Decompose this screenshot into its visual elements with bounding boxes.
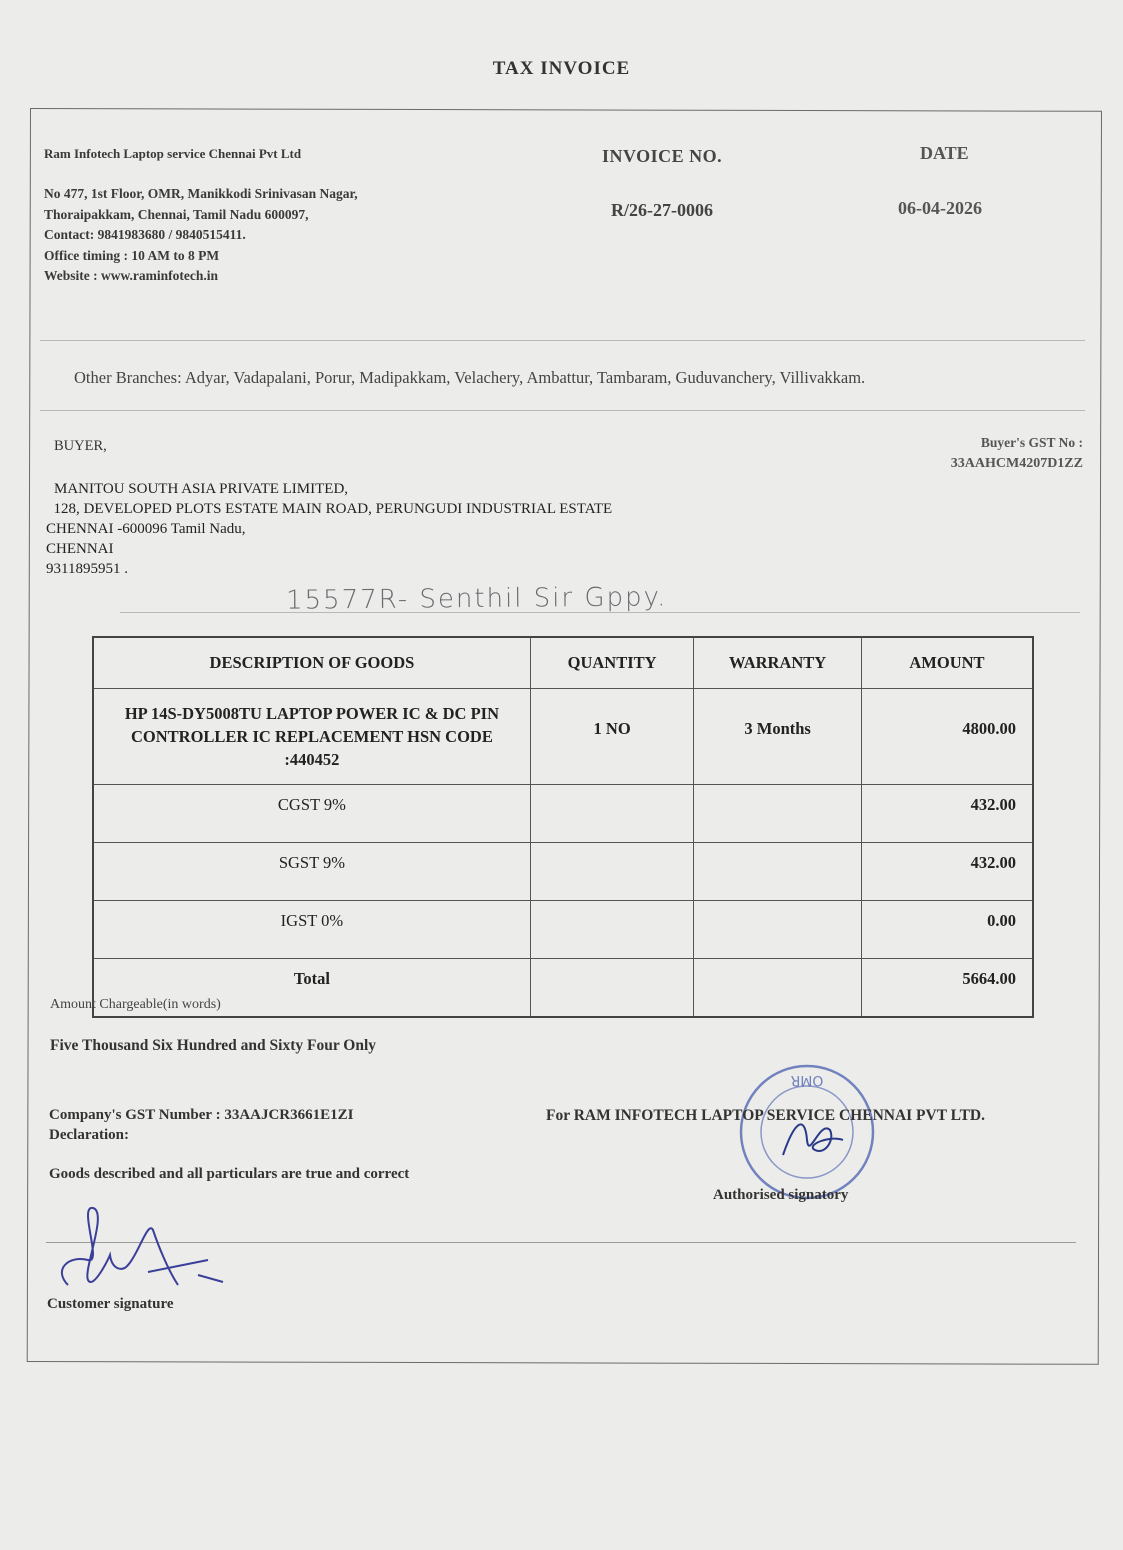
declaration-label: Declaration: [49,1127,129,1144]
for-company-label: For RAM INFOTECH LAPTOP SERVICE CHENNAI … [546,1107,985,1125]
empty-cell [694,785,862,843]
empty-cell [530,785,693,843]
buyer-gst-label: Buyer's GST No : [981,435,1083,451]
empty-cell [694,901,862,959]
buyer-label: BUYER, [54,438,107,455]
table-row: IGST 0% 0.00 [93,901,1033,959]
empty-cell [530,901,693,959]
svg-text:OMR: OMR [790,1072,823,1088]
seller-name: Ram Infotech Laptop service Chennai Pvt … [44,146,301,162]
divider [120,612,1080,613]
authorised-signatory-label: Authorised signatory [713,1187,848,1204]
buyer-address-line: 128, DEVELOPED PLOTS ESTATE MAIN ROAD, P… [46,499,612,519]
divider [40,410,1085,411]
total-amount: 5664.00 [861,959,1033,1018]
declaration-text: Goods described and all particulars are … [49,1166,409,1183]
item-amount: 4800.00 [861,689,1033,785]
empty-cell [530,843,693,901]
goods-table: DESCRIPTION OF GOODS QUANTITY WARRANTY A… [92,636,1034,1018]
other-branches: Other Branches: Adyar, Vadapalani, Porur… [74,368,865,388]
amount-in-words: Five Thousand Six Hundred and Sixty Four… [50,1037,376,1055]
empty-cell [694,843,862,901]
divider [40,340,1085,341]
tax-label-igst: IGST 0% [93,901,530,959]
seller-website: Website : www.raminfotech.in [44,266,358,287]
invoice-date-label: DATE [920,143,969,164]
table-row: SGST 9% 432.00 [93,843,1033,901]
empty-cell [694,959,862,1018]
invoice-date: 06-04-2026 [898,198,982,219]
seller-address-line: Thoraipakkam, Chennai, Tamil Nadu 600097… [44,205,358,226]
buyer-city: CHENNAI [46,539,612,559]
header-quantity: QUANTITY [530,637,693,689]
buyer-phone: 9311895951 . [46,559,612,579]
amount-words-label: Amount Chargeable(in words) [50,997,221,1013]
table-header-row: DESCRIPTION OF GOODS QUANTITY WARRANTY A… [93,637,1033,689]
tax-amount-sgst: 432.00 [861,843,1033,901]
item-quantity: 1 NO [530,689,693,785]
invoice-number: R/26-27-0006 [611,200,713,221]
seller-office-timing: Office timing : 10 AM to 8 PM [44,246,358,267]
customer-signature-label: Customer signature [47,1296,174,1313]
tax-amount-cgst: 432.00 [861,785,1033,843]
buyer-address: MANITOU SOUTH ASIA PRIVATE LIMITED, 128,… [46,479,612,579]
tax-label-cgst: CGST 9% [93,785,530,843]
table-row: CGST 9% 432.00 [93,785,1033,843]
item-description: HP 14S-DY5008TU LAPTOP POWER IC & DC PIN… [93,689,530,785]
table-total-row: Total 5664.00 [93,959,1033,1018]
tax-amount-igst: 0.00 [861,901,1033,959]
seller-contact: Contact: 9841983680 / 9840515411. [44,225,358,246]
buyer-gst-number: 33AAHCM4207D1ZZ [951,456,1083,472]
document-title: TAX INVOICE [0,58,1123,80]
header-warranty: WARRANTY [694,637,862,689]
seller-address-line: No 477, 1st Floor, OMR, Manikkodi Sriniv… [44,184,358,205]
seller-address: No 477, 1st Floor, OMR, Manikkodi Sriniv… [44,184,358,287]
item-warranty: 3 Months [694,689,862,785]
invoice-number-label: INVOICE NO. [602,146,722,167]
header-description: DESCRIPTION OF GOODS [93,637,530,689]
buyer-address-line: CHENNAI -600096 Tamil Nadu, [46,519,612,539]
buyer-name: MANITOU SOUTH ASIA PRIVATE LIMITED, [46,479,612,499]
table-row: HP 14S-DY5008TU LAPTOP POWER IC & DC PIN… [93,689,1033,785]
tax-label-sgst: SGST 9% [93,843,530,901]
empty-cell [530,959,693,1018]
header-amount: AMOUNT [861,637,1033,689]
company-gst-number: Company's GST Number : 33AAJCR3661E1ZI [49,1107,354,1124]
customer-signature-icon [48,1200,238,1300]
handwritten-note: 15577R- Senthil Sir Gppy. [286,582,668,615]
